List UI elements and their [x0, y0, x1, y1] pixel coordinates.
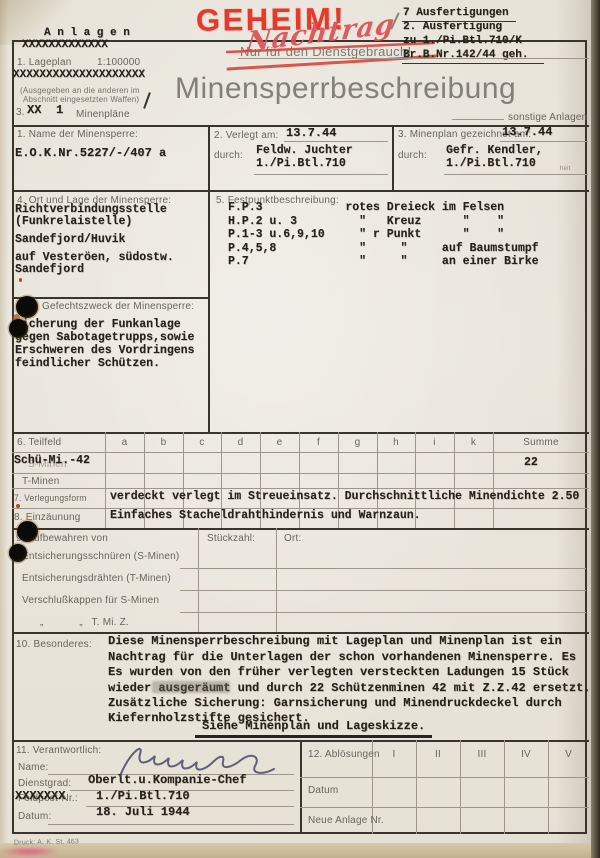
anlagen-strike-row-1: XXXXXXXXXXXXX: [22, 39, 108, 51]
erasure-smudge: [152, 681, 230, 693]
field3-by-rule: [444, 174, 588, 175]
section9-stueckzahl-header: Stückzahl:: [207, 533, 255, 544]
pink-smudge: [0, 847, 58, 856]
sec12-row1-label: Datum: [308, 785, 338, 796]
gefechtszweck-line2: gegen Sabotagetrupps,sowie: [15, 331, 194, 344]
table6-col-d: d: [221, 437, 260, 448]
table6-col-a: a: [105, 437, 144, 448]
section9-item-3: Verschlußkappen für S-Minen: [22, 595, 159, 606]
punch-hole-3: [17, 521, 38, 542]
minenplaene-strike: XX: [27, 103, 41, 117]
field3-by-line2: 1./Pi.Btl.710: [446, 157, 536, 170]
divider-field2-3: [392, 125, 394, 190]
punch-hole-4: [9, 544, 27, 562]
table6-summe-header: Summe: [493, 437, 589, 448]
section11-label: 11. Verantwortlich:: [16, 745, 101, 756]
section10-line3: Es wurden von den früher verlegten verst…: [108, 665, 569, 679]
dienstgrad-label: Dienstgrad:: [18, 778, 71, 789]
sec12-row-rule-1: [300, 777, 589, 778]
field5-line3: P.1-3 u.6,9,10 " r Punkt " ": [228, 228, 504, 241]
minenplaene-count: 1: [56, 103, 63, 117]
field3-date: 13.7.44: [502, 125, 552, 139]
section9-item-4: „ „ T. Mi. Z.: [40, 617, 129, 628]
sonstige-anlagen-label: sonstige Anlagen: [508, 112, 587, 123]
punch-hole-1: [16, 296, 38, 318]
field4-line3: Sandefjord/Huvik: [15, 233, 125, 246]
sec9-rule-3: [180, 612, 586, 613]
sec9-divider-2: [276, 528, 277, 632]
document-title: Minensperrbeschreibung: [175, 72, 516, 106]
minenplaene-label: Minenpläne: [76, 109, 130, 120]
rule-row2-top: [12, 190, 589, 192]
sec12-col-II: II: [416, 749, 460, 760]
page-edge-bottom: [0, 843, 600, 858]
section10-footer: Siehe Minenplan und Lageskizze.: [202, 719, 425, 733]
field5-line1: F.P.3 rotes Dreieck im Felsen: [228, 201, 504, 214]
field4-line5: Sandefjord: [15, 263, 84, 276]
section10-label: 10. Besonderes:: [16, 639, 92, 650]
field2-by-rule: [254, 174, 388, 175]
sec12-row2-label: Neue Anlage Nr.: [308, 815, 384, 826]
table6-row1-summe-value: 22: [524, 456, 538, 469]
section9-item-2: Entsicherungsdrähten (T-Minen): [22, 573, 171, 584]
anlagen-typed-title: A n l a g e n: [44, 27, 130, 39]
field1-label: 1. Name der Minensperre:: [17, 129, 138, 140]
unit-value: 1./Pi.Btl.710: [96, 789, 190, 803]
feldpost-strike: XXXXXXX: [15, 789, 65, 803]
punch-hole-2: [9, 319, 28, 338]
table6-col-e: e: [260, 437, 299, 448]
lageplan-label: 1. Lageplan: [17, 57, 71, 68]
table6-col-f: f: [299, 437, 338, 448]
field4-line2: (Funkrelaistelle): [15, 215, 132, 228]
section10-line2: Nachtrag für die Unterlagen der schon vo…: [108, 650, 576, 664]
handwritten-signature: [112, 740, 287, 782]
heavy-underline: [195, 735, 432, 738]
field7-value: verdeckt verlegt im Streueinsatz. Durchs…: [110, 490, 579, 503]
distribution-underline-4: [402, 63, 544, 65]
table6-col-c: c: [183, 437, 221, 448]
field2-by-line2: 1./Pi.Btl.710: [256, 157, 346, 170]
section10-line5: Zusätzliche Sicherung: Garnsicherung und…: [108, 696, 562, 710]
red-ink-dot-field7: [16, 504, 20, 508]
table6-rule-1: [12, 452, 589, 453]
table6-label: 6. Teilfeld: [17, 437, 61, 448]
gefechtszweck-line3: Erschweren des Vordringens: [15, 344, 194, 357]
field2-durch-label: durch:: [214, 150, 243, 161]
section10-line1: Diese Minensperrbeschreibung mit Lagepla…: [108, 634, 562, 648]
table6-col-i: i: [415, 437, 454, 448]
field1-value: E.O.K.Nr.5227/-/407 a: [15, 146, 166, 160]
sec12-col-I: I: [372, 749, 416, 760]
distribution-line-2: 2. Ausfertigung: [403, 21, 502, 33]
table6-col-k: k: [454, 437, 493, 448]
gefechtszweck-line1: Sicherung der Funkanlage: [15, 318, 181, 331]
table6-col-h: h: [377, 437, 415, 448]
table6-row2-label: T-Minen: [22, 476, 60, 487]
table6-col-b: b: [144, 437, 183, 448]
sec9-rule-1: [180, 568, 586, 569]
page-edge-right-dark: [591, 0, 600, 858]
field5-line4: P.4,5,8 " " auf Baumstumpf: [228, 242, 539, 255]
table6-col-g: g: [338, 437, 377, 448]
minenplaene-number: 3.: [16, 107, 25, 118]
lageplan-scale: 1:100000: [97, 57, 140, 68]
field5-line2: H.P.2 u. 3 " Kreuz " ": [228, 215, 504, 228]
sec12-col-V: V: [548, 749, 589, 760]
red-ink-dot-field4: [19, 278, 22, 282]
print-note: Druck: A. K. St. 463: [14, 838, 79, 846]
sec12-row-rule-2: [300, 807, 589, 808]
sonstige-rule: [452, 119, 504, 120]
name-label: Name:: [18, 762, 48, 773]
header-rule: [238, 58, 589, 59]
table6-rule-3: [12, 488, 589, 489]
anlagen-strike-row-2: XXXXXXXXXXXXXXXXXXXX: [13, 69, 145, 81]
page-edge-left: [0, 0, 8, 858]
sec9-rule-2: [180, 590, 586, 591]
sec12-col-IV: IV: [504, 749, 548, 760]
section12-label: 12. Ablösungen: [308, 749, 380, 760]
anlagen-note-line-1: (Ausgegeben an die anderen im: [20, 86, 140, 95]
field5-line5: P.7 " " an einer Birke: [228, 255, 539, 268]
section9-item-1: Entsicherungsschnüren (S-Minen): [22, 551, 179, 562]
scanned-document-page: { "colors":{"stamp_red":"#e6382b","handw…: [0, 0, 600, 858]
datum-rule: [48, 824, 294, 825]
field3-small-print: heit: [560, 166, 570, 172]
field8-value: Einfaches Stacheldrahthindernis und Warn…: [110, 509, 421, 522]
table6-row1-typed-label: Schü-Mi.-42: [14, 454, 90, 467]
field7-label: 7. Verlegungsform: [14, 493, 87, 503]
field2-by-line1: Feldw. Juchter: [256, 144, 353, 157]
field2-date: 13.7.44: [286, 126, 336, 140]
field3-date-rule: [500, 141, 588, 142]
field2-label: 2. Verlegt am:: [214, 130, 279, 141]
distribution-line-1: 7 Ausfertigungen: [403, 7, 509, 19]
rule-table6-top: [12, 432, 589, 434]
section9-ort-header: Ort:: [284, 533, 301, 544]
table6-rule-2: [12, 473, 589, 474]
gefechtszweck-label: Gefechtszweck der Minensperre:: [42, 301, 194, 312]
sec9-divider-1: [198, 528, 199, 632]
rule-gefechtszweck-top: [12, 297, 209, 299]
field3-durch-label: durch:: [398, 150, 427, 161]
gefechtszweck-line4: feindlicher Schützen.: [15, 357, 160, 370]
datum-label: Datum:: [18, 811, 51, 822]
divider-sec11-12: [300, 740, 302, 834]
distribution-line-4: Br.B.Nr.142/44 geh.: [403, 49, 528, 61]
date-value: 18. Juli 1944: [96, 805, 190, 819]
field3-by-line1: Gefr. Kendler,: [446, 144, 543, 157]
field2-date-rule: [284, 141, 388, 142]
sec12-col-III: III: [460, 749, 504, 760]
divider-col-left: [208, 125, 210, 432]
distribution-line-3: zu 1./Pi.Btl.710/K: [403, 35, 522, 47]
rule-section9-top: [12, 528, 589, 530]
